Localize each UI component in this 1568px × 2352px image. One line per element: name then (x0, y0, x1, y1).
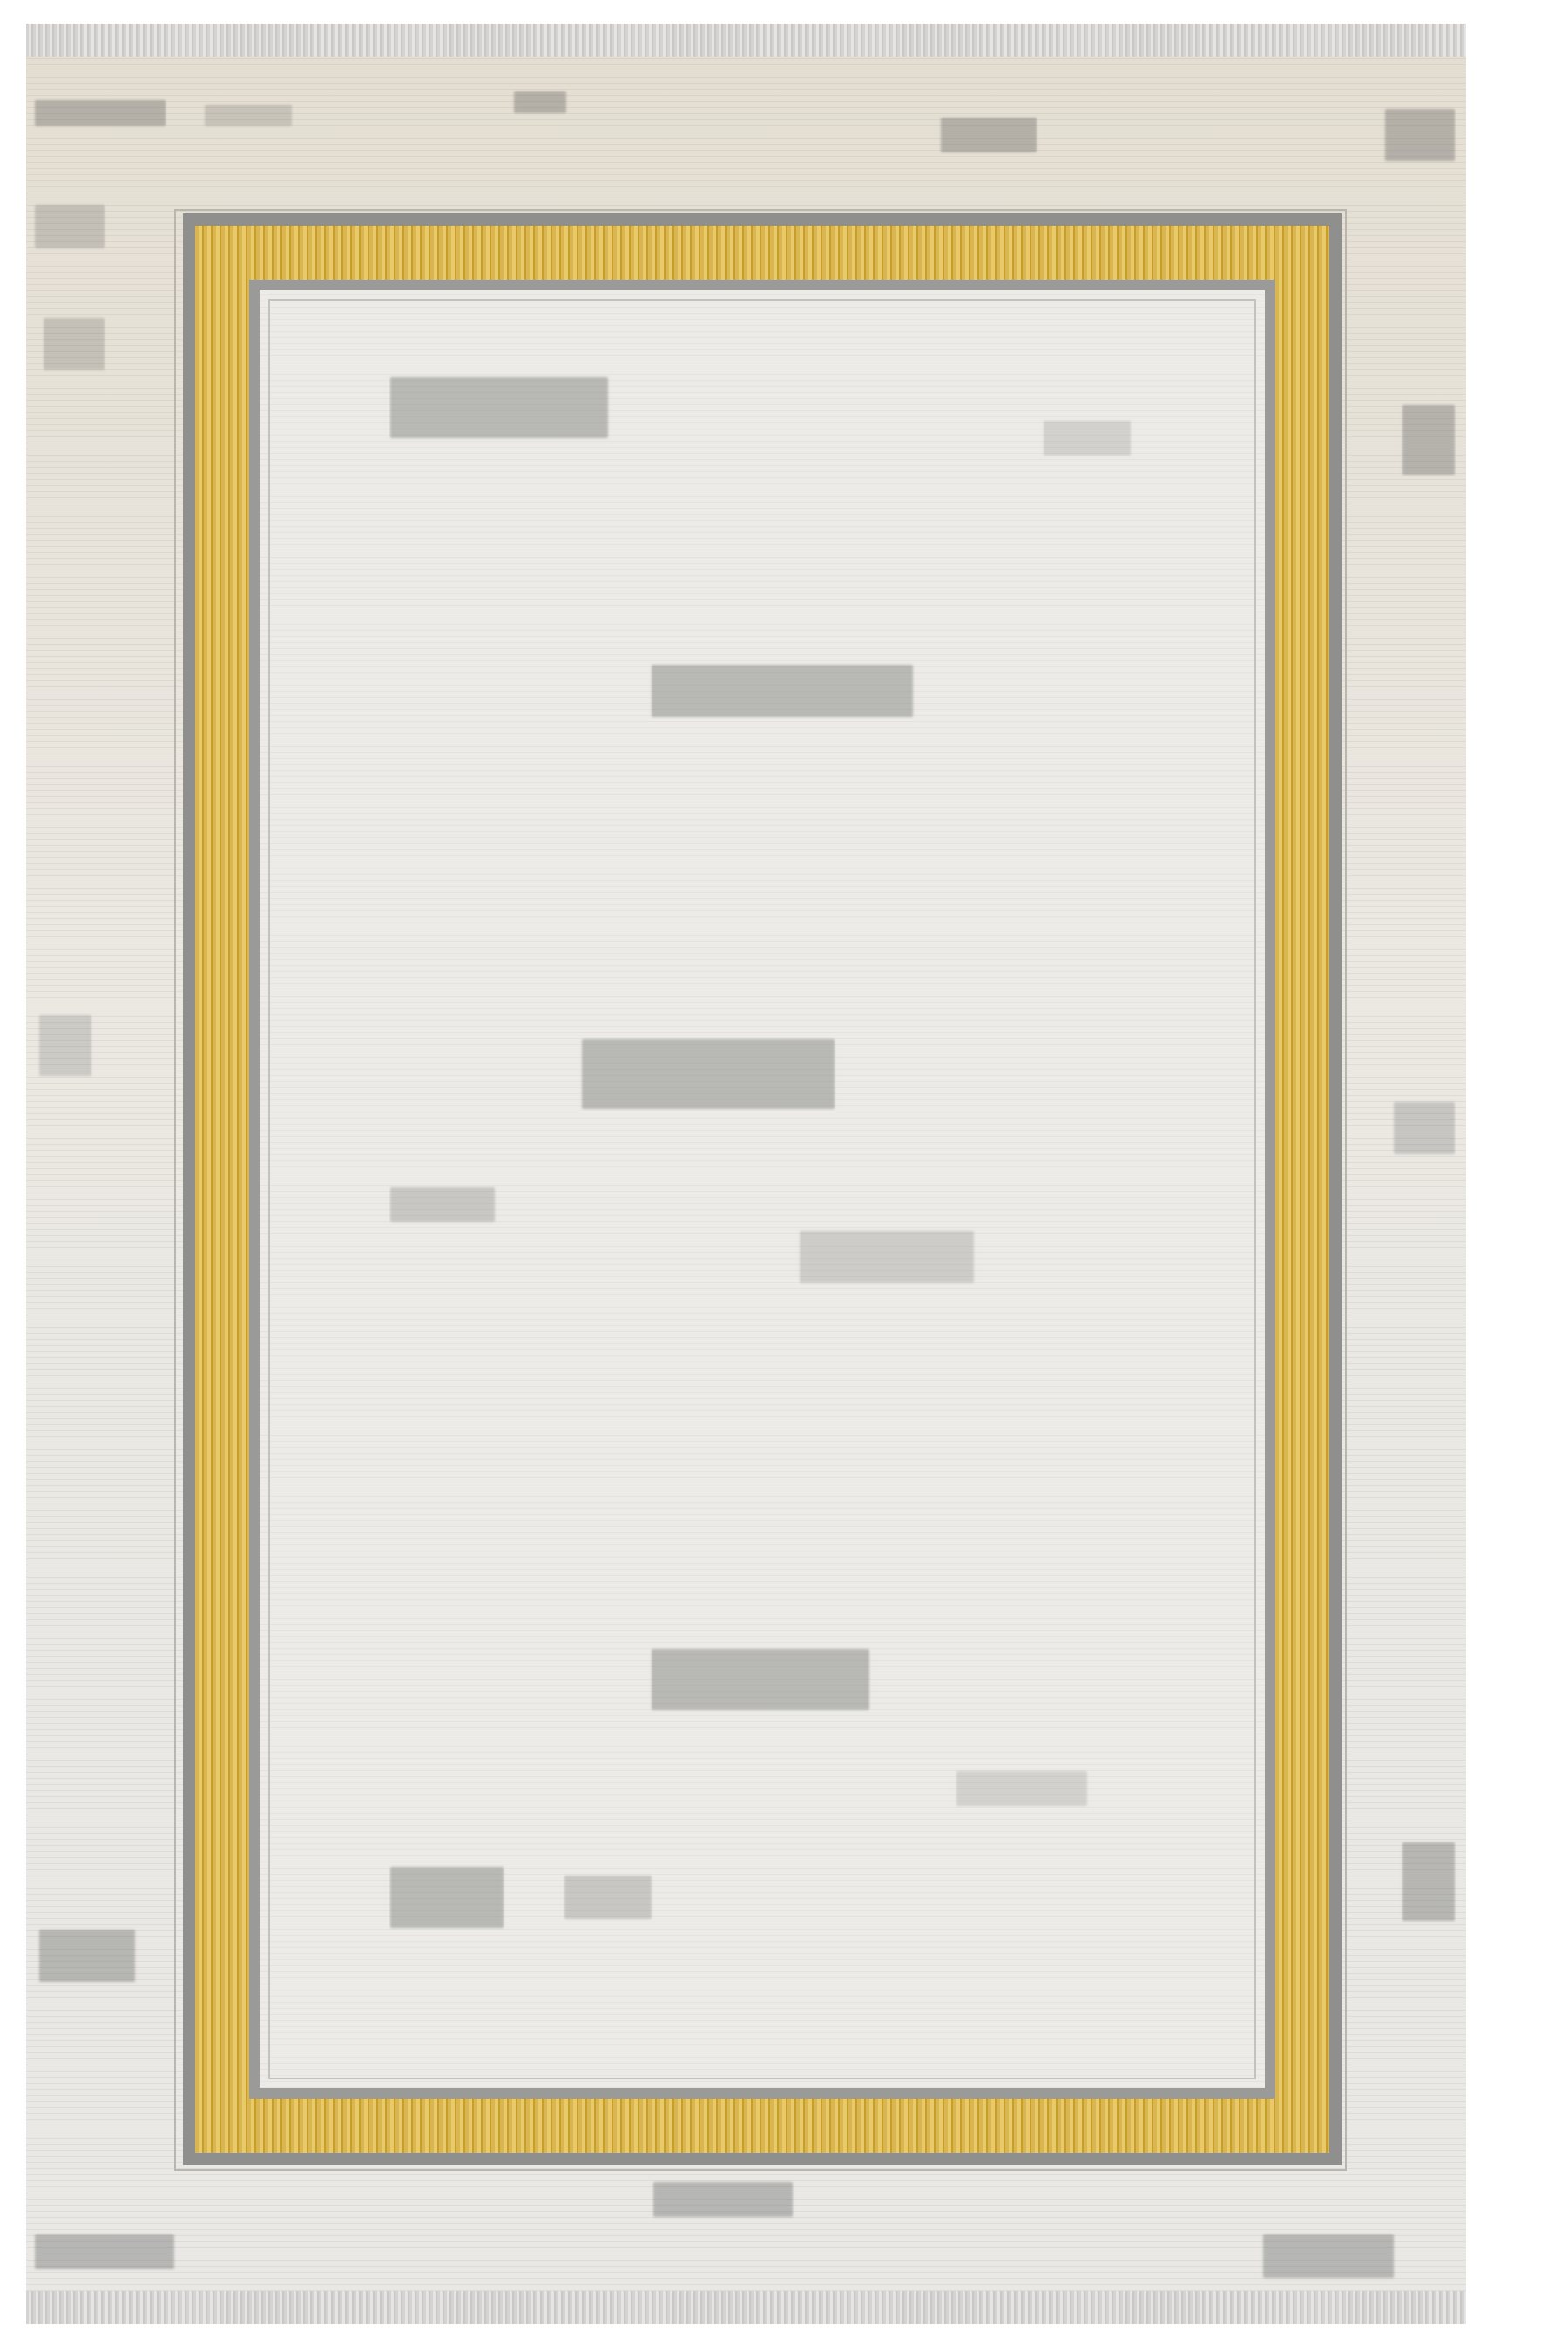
center-field (260, 290, 1265, 2088)
distress-mark (1044, 421, 1131, 456)
distress-mark (564, 1876, 652, 1919)
distress-mark (35, 100, 166, 126)
distress-mark (1402, 1842, 1455, 1921)
rug (26, 24, 1466, 2324)
distress-mark (1385, 109, 1455, 161)
distress-mark (653, 2182, 793, 2217)
distress-mark (582, 1039, 835, 1109)
distress-mark (941, 118, 1037, 152)
distress-mark (44, 318, 105, 370)
distress-mark (390, 1867, 504, 1928)
fringe-top (26, 24, 1466, 57)
distress-mark (956, 1771, 1087, 1806)
distress-mark (35, 2234, 174, 2269)
distress-mark (1402, 405, 1455, 475)
distress-mark (514, 91, 566, 113)
distress-mark (390, 377, 608, 438)
distress-mark (800, 1231, 974, 1283)
distress-mark (39, 1015, 91, 1076)
distress-mark (39, 1930, 135, 1982)
distress-mark (205, 105, 292, 126)
distress-mark (1263, 2234, 1394, 2278)
distress-mark (390, 1187, 495, 1222)
distress-mark (652, 665, 913, 717)
distress-mark (1394, 1102, 1455, 1154)
fringe-bottom (26, 2291, 1466, 2324)
distress-mark (35, 205, 105, 248)
distress-mark (652, 1649, 869, 1710)
